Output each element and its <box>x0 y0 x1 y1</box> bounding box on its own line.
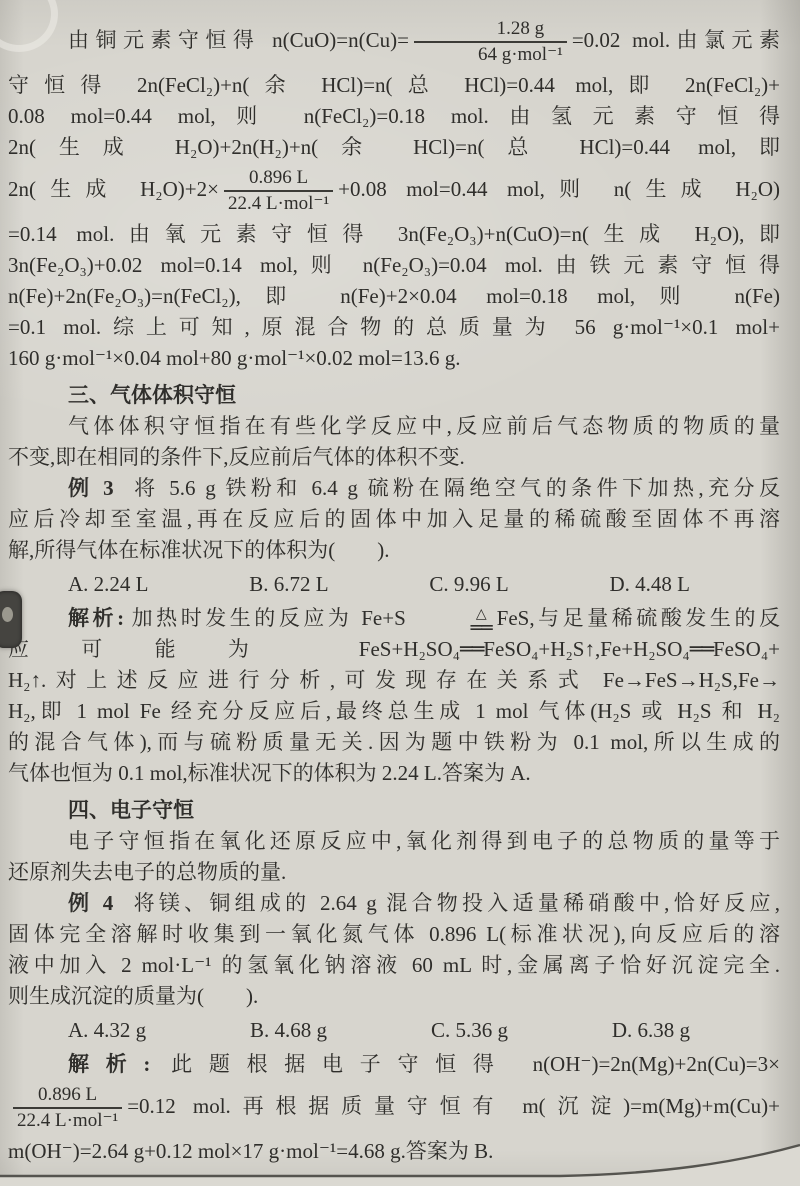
example3-label: 例 3 <box>68 476 114 500</box>
page-edge-area <box>0 1146 800 1186</box>
double-equals-sign: ══ <box>690 637 713 661</box>
analysis-text: 应可能为 FeS+H₂SO₄ <box>8 637 460 661</box>
section-intro-line: 气体体积守恒指在有些化学反应中,反应前后气态物质的物质的量 <box>8 411 780 442</box>
double-equals-sign: ══ <box>460 637 483 661</box>
example4-analysis-line: 0.896 L22.4 L·mol⁻¹=0.12 mol.再根据质量守恒有 m(… <box>8 1082 780 1134</box>
example4-stem-line: 例 4将镁、铜组成的 2.64 g 混合物投入适量稀硝酸中,恰好反应, <box>8 888 780 919</box>
solution-text: 2n(生成 H₂O)+2× <box>8 177 219 201</box>
option-b: B. 6.72 L <box>249 569 328 600</box>
solution-line: 3n(Fe₂O₃)+0.02 mol=0.14 mol,则 n(Fe₂O₃)=0… <box>8 250 780 281</box>
example3-analysis-line: H₂,即 1 mol Fe 经充分反应后,最终总生成 1 mol 气体(H₂S … <box>8 696 780 727</box>
option-b: B. 4.68 g <box>250 1015 327 1046</box>
solution-line: 守恒得 2n(FeCl₂)+n(余 HCl)=n(总 HCl)=0.44 mol… <box>8 70 780 101</box>
solution-text: +0.08 mol=0.44 mol,则 n(生成 H₂O) <box>338 177 780 201</box>
option-a: A. 2.24 L <box>68 569 149 600</box>
example4-analysis-line: 解析:此题根据电子守恒得 n(OH⁻)=2n(Mg)+2n(Cu)=3× <box>8 1049 780 1080</box>
example3-analysis-line: 解析:加热时发生的反应为 Fe+S△══FeS,与足量稀硫酸发生的反 <box>8 603 780 634</box>
example3-stem-line: 例 3将 5.6 g 铁粉和 6.4 g 硫粉在隔绝空气的条件下加热,充分反 <box>8 473 780 504</box>
example4-stem-line: 固体完全溶解时收集到一氧化氮气体 0.896 L(标准状况),向反应后的溶 <box>8 919 780 950</box>
option-c: C. 9.96 L <box>429 569 508 600</box>
option-c: C. 5.36 g <box>431 1015 508 1046</box>
binding-hole-highlight <box>2 607 13 622</box>
section-intro-line: 还原剂失去电子的总物质的量. <box>8 857 780 888</box>
example4-stem-line: 则生成沉淀的质量为( ). <box>8 981 780 1012</box>
option-d: D. 6.38 g <box>612 1015 690 1046</box>
binding-hole-mark <box>0 591 22 648</box>
page-content: 由铜元素守恒得 n(CuO)=n(Cu)=1.28 g64 g·mol⁻¹=0.… <box>8 14 780 1167</box>
page-edge-curve <box>0 1130 800 1186</box>
fraction-numerator: 0.896 L <box>34 1083 101 1107</box>
fraction: 0.896 L22.4 L·mol⁻¹ <box>224 165 333 217</box>
analysis-text: =0.12 mol.再根据质量守恒有 m(沉淀)=m(Mg)+m(Cu)+ <box>127 1094 780 1118</box>
fraction-numerator: 1.28 g <box>433 17 549 41</box>
option-d: D. 4.48 L <box>609 569 690 600</box>
analysis-text: 加热时发生的反应为 Fe+S <box>128 606 406 630</box>
example3-analysis-line: 的混合气体),而与硫粉质量无关.因为题中铁粉为 0.1 mol,所以生成的 <box>8 727 780 758</box>
example3-analysis-line: 应可能为 FeS+H₂SO₄══FeSO₄+H₂S↑,Fe+H₂SO₄══FeS… <box>8 634 780 665</box>
example3-stem-line: 解,所得气体在标准状况下的体积为( ). <box>8 535 780 566</box>
analysis-text: FeSO₄+ <box>713 637 780 661</box>
example4-label: 例 4 <box>68 891 113 915</box>
example3-analysis-line: 气体也恒为 0.1 mol,标准状况下的体积为 2.24 L.答案为 A. <box>8 758 780 789</box>
section-heading-electron: 四、电子守恒 <box>8 795 780 826</box>
delta-over-equals-sign: △══ <box>411 607 492 634</box>
solution-line: =0.1 mol.综上可知,原混合物的总质量为 56 g·mol⁻¹×0.1 m… <box>8 312 780 343</box>
solution-text: =0.02 mol.由氯元素 <box>572 28 780 52</box>
example3-analysis-line: H₂↑.对上述反应进行分析,可发现存在关系式 Fe→FeS→H₂S,Fe→ <box>8 665 780 696</box>
double-equals-sign: ══ <box>411 622 492 634</box>
fraction-denominator: 22.4 L·mol⁻¹ <box>224 190 333 216</box>
example3-options-row: A. 2.24 L B. 6.72 L C. 9.96 L D. 4.48 L <box>8 569 690 600</box>
analysis-text: 此题根据电子守恒得 n(OH⁻)=2n(Mg)+2n(Cu)=3× <box>154 1052 780 1076</box>
analysis-text: FeS,与足量稀硫酸发生的反 <box>497 606 780 630</box>
scanned-textbook-page: 由铜元素守恒得 n(CuO)=n(Cu)=1.28 g64 g·mol⁻¹=0.… <box>0 0 800 1186</box>
example3-stem-line: 应后冷却至室温,再在反应后的固体中加入足量的稀硫酸至固体不再溶 <box>8 504 780 535</box>
section-intro-line: 不变,即在相同的条件下,反应前后气体的体积不变. <box>8 442 780 473</box>
solution-line: 2n(生成 H₂O)+2×0.896 L22.4 L·mol⁻¹+0.08 mo… <box>8 165 780 217</box>
solution-line: 160 g·mol⁻¹×0.04 mol+80 g·mol⁻¹×0.02 mol… <box>8 343 780 374</box>
solution-text: 由铜元素守恒得 n(CuO)=n(Cu)= <box>68 28 409 52</box>
example4-options-row: A. 4.32 g B. 4.68 g C. 5.36 g D. 6.38 g <box>8 1015 690 1046</box>
solution-line: =0.14 mol.由氧元素守恒得 3n(Fe₂O₃)+n(CuO)=n(生成 … <box>8 219 780 250</box>
analysis-label: 解析: <box>68 1052 150 1076</box>
section-heading-gas-volume: 三、气体体积守恒 <box>8 380 780 411</box>
fraction: 1.28 g64 g·mol⁻¹ <box>414 16 567 68</box>
example4-stem-text: 将镁、铜组成的 2.64 g 混合物投入适量稀硝酸中,恰好反应, <box>129 891 780 915</box>
option-a: A. 4.32 g <box>68 1015 146 1046</box>
solution-line: n(Fe)+2n(Fe₂O₃)=n(FeCl₂),即 n(Fe)+2×0.04 … <box>8 281 780 312</box>
example3-stem-text: 将 5.6 g 铁粉和 6.4 g 硫粉在隔绝空气的条件下加热,充分反 <box>130 476 780 500</box>
fraction-numerator: 0.896 L <box>245 166 312 190</box>
section-intro-line: 电子守恒指在氧化还原反应中,氧化剂得到电子的总物质的量等于 <box>8 826 780 857</box>
solution-line: 由铜元素守恒得 n(CuO)=n(Cu)=1.28 g64 g·mol⁻¹=0.… <box>8 16 780 68</box>
analysis-label: 解析: <box>68 606 124 630</box>
fraction-denominator: 64 g·mol⁻¹ <box>414 41 567 67</box>
solution-line: 2n(生成 H₂O)+2n(H₂)+n(余 HCl)=n(总 HCl)=0.44… <box>8 132 780 163</box>
analysis-text: FeSO₄+H₂S↑,Fe+H₂SO₄ <box>483 637 689 661</box>
fraction: 0.896 L22.4 L·mol⁻¹ <box>13 1082 122 1134</box>
solution-line: 0.08 mol=0.44 mol,则 n(FeCl₂)=0.18 mol.由氢… <box>8 101 780 132</box>
example4-stem-line: 液中加入 2 mol·L⁻¹ 的氢氧化钠溶液 60 mL 时,金属离子恰好沉淀完… <box>8 950 780 981</box>
